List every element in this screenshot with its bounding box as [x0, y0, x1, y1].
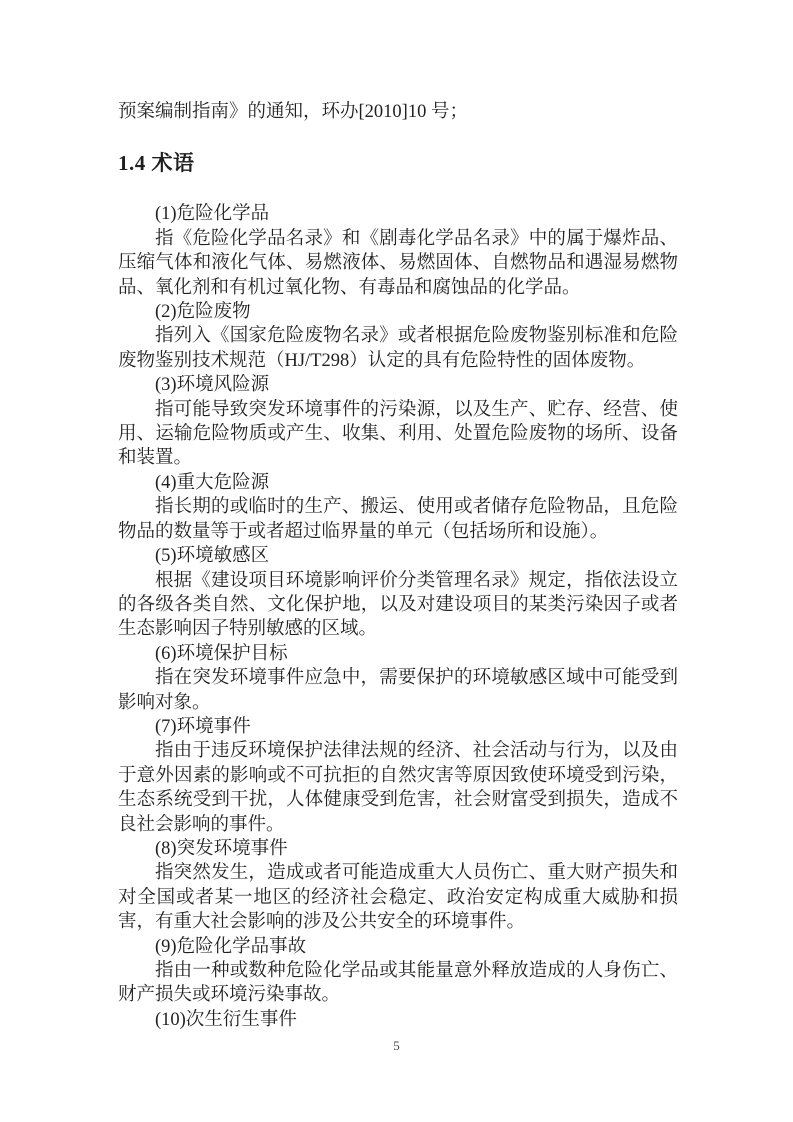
definition-line: 指由于违反环境保护法律法规的经济、社会活动与行为，以及由	[118, 739, 678, 763]
definition-line: 生态影响因子特别敏感的区域。	[118, 617, 678, 641]
term-label-line: (10)次生衍生事件	[118, 1008, 678, 1032]
definition-line: 良社会影响的事件。	[118, 813, 678, 837]
term-label-line: (4)重大危险源	[118, 471, 678, 495]
term-label-line: (3)环境风险源	[118, 373, 678, 397]
definition-line: 于意外因素的影响或不可抗拒的自然灾害等原因致使环境受到污染，	[118, 764, 678, 788]
definition-line: 的各级各类自然、文化保护地，以及对建设项目的某类污染因子或者	[118, 593, 678, 617]
section-heading: 1.4 术语	[118, 150, 678, 176]
definition-line: 影响对象。	[118, 691, 678, 715]
definition-line: 压缩气体和液化气体、易燃液体、易燃固体、自燃物品和遇湿易燃物	[118, 251, 678, 275]
definition-line: 废物鉴别技术规范（HJ/T298）认定的具有危险特性的固体废物。	[118, 349, 678, 373]
definition-line: 指可能导致突发环境事件的污染源，以及生产、贮存、经营、使	[118, 398, 678, 422]
term-label-line: (8)突发环境事件	[118, 837, 678, 861]
continuation-paragraph-line: 预案编制指南》的通知，环办[2010]10 号；	[118, 100, 678, 124]
definition-line: 指由一种或数种危险化学品或其能量意外释放造成的人身伤亡、	[118, 959, 678, 983]
definition-line: 物品的数量等于或者超过临界量的单元（包括场所和设施）。	[118, 520, 678, 544]
term-label-line: (9)危险化学品事故	[118, 935, 678, 959]
definition-line: 指《危险化学品名录》和《剧毒化学品名录》中的属于爆炸品、	[118, 227, 678, 251]
definition-line: 品、氧化剂和有机过氧化物、有毒品和腐蚀品的化学品。	[118, 276, 678, 300]
definition-line: 财产损失或环境污染事故。	[118, 983, 678, 1007]
definition-line: 和装置。	[118, 446, 678, 470]
definition-line: 对全国或者某一地区的经济社会稳定、政治安定构成重大威胁和损	[118, 886, 678, 910]
document-page: 预案编制指南》的通知，环办[2010]10 号； 1.4 术语 (1)危险化学品…	[0, 0, 793, 1122]
definition-line: 指突然发生，造成或者可能造成重大人员伤亡、重大财产损失和	[118, 861, 678, 885]
term-label-line: (5)环境敏感区	[118, 544, 678, 568]
definition-line: 用、运输危险物质或产生、收集、利用、处置危险废物的场所、设备	[118, 422, 678, 446]
definition-line: 指在突发环境事件应急中，需要保护的环境敏感区域中可能受到	[118, 666, 678, 690]
terms-body: (1)危险化学品指《危险化学品名录》和《剧毒化学品名录》中的属于爆炸品、压缩气体…	[118, 202, 678, 1032]
term-label-line: (6)环境保护目标	[118, 642, 678, 666]
definition-line: 指列入《国家危险废物名录》或者根据危险废物鉴别标准和危险	[118, 324, 678, 348]
definition-line: 指长期的或临时的生产、搬运、使用或者储存危险物品，且危险	[118, 495, 678, 519]
page-number: 5	[0, 1038, 793, 1054]
term-label-line: (7)环境事件	[118, 715, 678, 739]
term-label-line: (1)危险化学品	[118, 202, 678, 226]
definition-line: 根据《建设项目环境影响评价分类管理名录》规定，指依法设立	[118, 569, 678, 593]
definition-line: 生态系统受到干扰，人体健康受到危害，社会财富受到损失，造成不	[118, 788, 678, 812]
definition-line: 害，有重大社会影响的涉及公共安全的环境事件。	[118, 910, 678, 934]
term-label-line: (2)危险废物	[118, 300, 678, 324]
